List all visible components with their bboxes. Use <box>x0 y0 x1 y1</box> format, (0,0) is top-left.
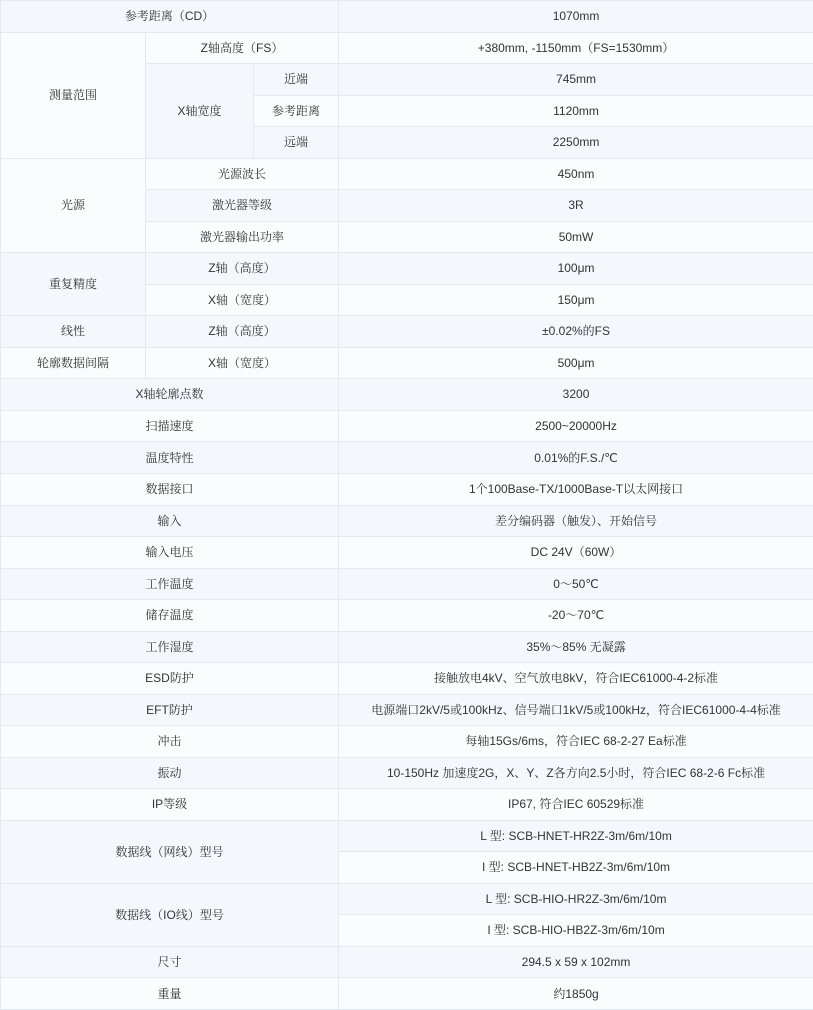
spec-value: 35%～85% 无凝露 <box>339 631 813 663</box>
spec-value: I 型: SCB-HNET-HB2Z-3m/6m/10m <box>339 852 813 884</box>
spec-value: I 型: SCB-HIO-HB2Z-3m/6m/10m <box>339 915 813 947</box>
spec-sublabel: Z轴（高度） <box>146 316 339 348</box>
spec-page: 参考距离（CD） 1070mm 测量范围 Z轴高度（FS） +380mm, -1… <box>0 0 813 1010</box>
spec-table: 参考距离（CD） 1070mm 测量范围 Z轴高度（FS） +380mm, -1… <box>0 0 813 1010</box>
spec-label: 温度特性 <box>1 442 339 474</box>
spec-value: +380mm, -1150mm（FS=1530mm） <box>339 32 813 64</box>
spec-group-label: 数据线（IO线）型号 <box>1 883 339 946</box>
spec-value: 接触放电4kV、空气放电8kV，符合IEC61000-4-2标准 <box>339 663 813 695</box>
spec-value: 1070mm <box>339 1 813 33</box>
spec-sublabel: X轴（宽度） <box>146 284 339 316</box>
spec-value: ±0.02%的FS <box>339 316 813 348</box>
spec-group-label: 线性 <box>1 316 146 348</box>
spec-label: 储存温度 <box>1 600 339 632</box>
spec-value: 2250mm <box>339 127 813 159</box>
spec-label: 参考距离（CD） <box>1 1 339 33</box>
spec-label: ESD防护 <box>1 663 339 695</box>
spec-sublabel: 光源波长 <box>146 158 339 190</box>
spec-value: 10-150Hz 加速度2G，X、Y、Z各方向2.5小时，符合IEC 68-2-… <box>339 757 813 789</box>
spec-value: 0.01%的F.S./℃ <box>339 442 813 474</box>
spec-label: X轴轮廓点数 <box>1 379 339 411</box>
spec-sublabel: 远端 <box>254 127 339 159</box>
spec-group-label: X轴宽度 <box>146 64 254 159</box>
spec-label: IP等级 <box>1 789 339 821</box>
spec-sublabel: X轴（宽度） <box>146 347 339 379</box>
spec-value: IP67, 符合IEC 60529标准 <box>339 789 813 821</box>
spec-sublabel: 参考距离 <box>254 95 339 127</box>
spec-sublabel: Z轴（高度） <box>146 253 339 285</box>
spec-label: 工作湿度 <box>1 631 339 663</box>
spec-label: 重量 <box>1 978 339 1010</box>
spec-value: DC 24V（60W） <box>339 537 813 569</box>
spec-sublabel: 近端 <box>254 64 339 96</box>
spec-label: EFT防护 <box>1 694 339 726</box>
spec-group-label: 数据线（网线）型号 <box>1 820 339 883</box>
spec-value: 450nm <box>339 158 813 190</box>
spec-group-label: 重复精度 <box>1 253 146 316</box>
spec-sublabel: 激光器输出功率 <box>146 221 339 253</box>
spec-label: 输入电压 <box>1 537 339 569</box>
spec-value: -20～70℃ <box>339 600 813 632</box>
spec-value: 0～50℃ <box>339 568 813 600</box>
spec-value: 2500~20000Hz <box>339 410 813 442</box>
spec-value: 1120mm <box>339 95 813 127</box>
spec-label: 扫描速度 <box>1 410 339 442</box>
spec-value: 500μm <box>339 347 813 379</box>
spec-label: 冲击 <box>1 726 339 758</box>
spec-value: 50mW <box>339 221 813 253</box>
spec-group-label: 光源 <box>1 158 146 253</box>
spec-sublabel: Z轴高度（FS） <box>146 32 339 64</box>
spec-value: 745mm <box>339 64 813 96</box>
spec-group-label: 测量范围 <box>1 32 146 158</box>
spec-value: L 型: SCB-HNET-HR2Z-3m/6m/10m <box>339 820 813 852</box>
spec-value: 100μm <box>339 253 813 285</box>
spec-group-label: 轮廓数据间隔 <box>1 347 146 379</box>
spec-value: L 型: SCB-HIO-HR2Z-3m/6m/10m <box>339 883 813 915</box>
spec-value: 3R <box>339 190 813 222</box>
spec-value: 1个100Base-TX/1000Base-T以太网接口 <box>339 473 813 505</box>
spec-value: 约1850g <box>339 978 813 1010</box>
spec-value: 差分编码器（触发）、开始信号 <box>339 505 813 537</box>
spec-value: 294.5 x 59 x 102mm <box>339 946 813 978</box>
spec-value: 3200 <box>339 379 813 411</box>
spec-label: 工作温度 <box>1 568 339 600</box>
spec-label: 振动 <box>1 757 339 789</box>
spec-value: 电源端口2kV/5或100kHz、信号端口1kV/5或100kHz，符合IEC6… <box>339 694 813 726</box>
spec-label: 数据接口 <box>1 473 339 505</box>
spec-value: 每轴15Gs/6ms，符合IEC 68-2-27 Ea标准 <box>339 726 813 758</box>
spec-sublabel: 激光器等级 <box>146 190 339 222</box>
spec-value: 150μm <box>339 284 813 316</box>
spec-label: 输入 <box>1 505 339 537</box>
spec-label: 尺寸 <box>1 946 339 978</box>
